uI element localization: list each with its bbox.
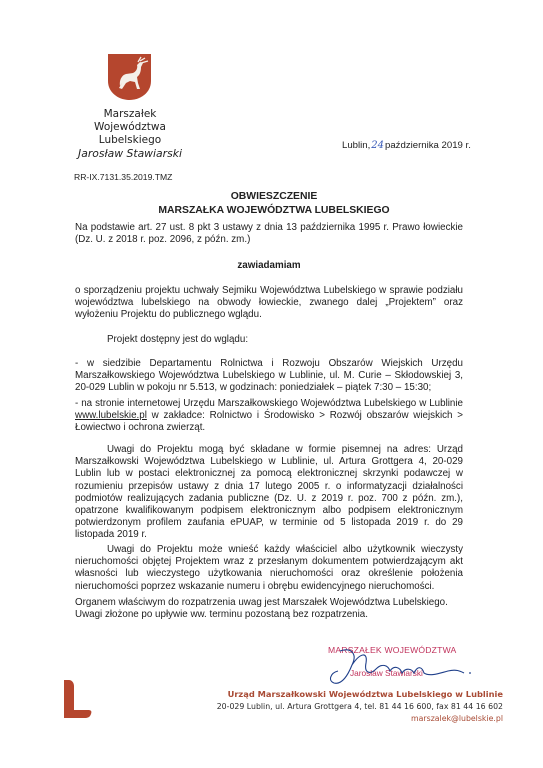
footer-address: 20-029 Lublin, ul. Artura Grottgera 4, t…: [217, 702, 503, 711]
availability-intro: Projekt dostępny jest do wglądu:: [75, 334, 463, 346]
authority-line-2: Uwagi złożone po upływie ww. terminu poz…: [75, 609, 463, 621]
authority-line-1: Organem właściwym do rozpatrzenia uwag j…: [75, 597, 463, 609]
handwritten-signature-icon: [310, 643, 490, 695]
comments-submission-paragraph: Uwagi do Projektu mogą być składane w fo…: [75, 444, 463, 542]
issuer-office: Województwa Lubelskiego: [62, 121, 198, 147]
location-website: - na stronie internetowej Urzędu Marszał…: [75, 398, 463, 435]
issuer-name: Jarosław Stawiarski: [62, 147, 198, 160]
authority-paragraph: Organem właściwym do rozpatrzenia uwag j…: [75, 597, 463, 621]
coat-of-arms-icon: [107, 53, 152, 101]
website-link[interactable]: www.lubelskie.pl: [75, 410, 147, 421]
issuer-title: Marszałek: [62, 108, 198, 121]
who-may-comment-paragraph: Uwagi do Projektu może wnieść każdy właś…: [75, 544, 463, 593]
footer-office-name: Urząd Marszałkowski Województwa Lubelski…: [228, 689, 503, 699]
reference-number: RR-IX.7131.35.2019.TMZ: [74, 172, 172, 182]
document-title: OBWIESZCZENIE MARSZAŁKA WOJEWÓDZTWA LUBE…: [74, 190, 474, 218]
title-line-1: OBWIESZCZENIE: [74, 190, 474, 204]
date-day-handwritten: 24: [371, 140, 384, 151]
document-date: Lublin,24października 2019 r.: [342, 140, 471, 151]
announcement-verb: zawiadamiam: [75, 260, 463, 272]
date-place: Lublin,: [342, 140, 370, 151]
location-office: - w siedzibie Departamentu Rolnictwa i R…: [75, 358, 463, 395]
location-website-text-1: - na stronie internetowej Urzędu Marszał…: [75, 398, 463, 409]
date-month-year: października 2019 r.: [385, 140, 471, 151]
footer-email[interactable]: marszalek@lubelskie.pl: [411, 714, 503, 723]
legal-basis: Na podstawie art. 27 ust. 8 pkt 3 ustawy…: [75, 222, 463, 246]
subject-paragraph: o sporządzeniu projektu uchwały Sejmiku …: [75, 285, 463, 322]
issuer-block: Marszałek Województwa Lubelskiego Jarosł…: [62, 108, 198, 160]
lubelskie-logo-icon: [62, 680, 92, 720]
title-line-2: MARSZAŁKA WOJEWÓDZTWA LUBELSKIEGO: [74, 204, 474, 218]
